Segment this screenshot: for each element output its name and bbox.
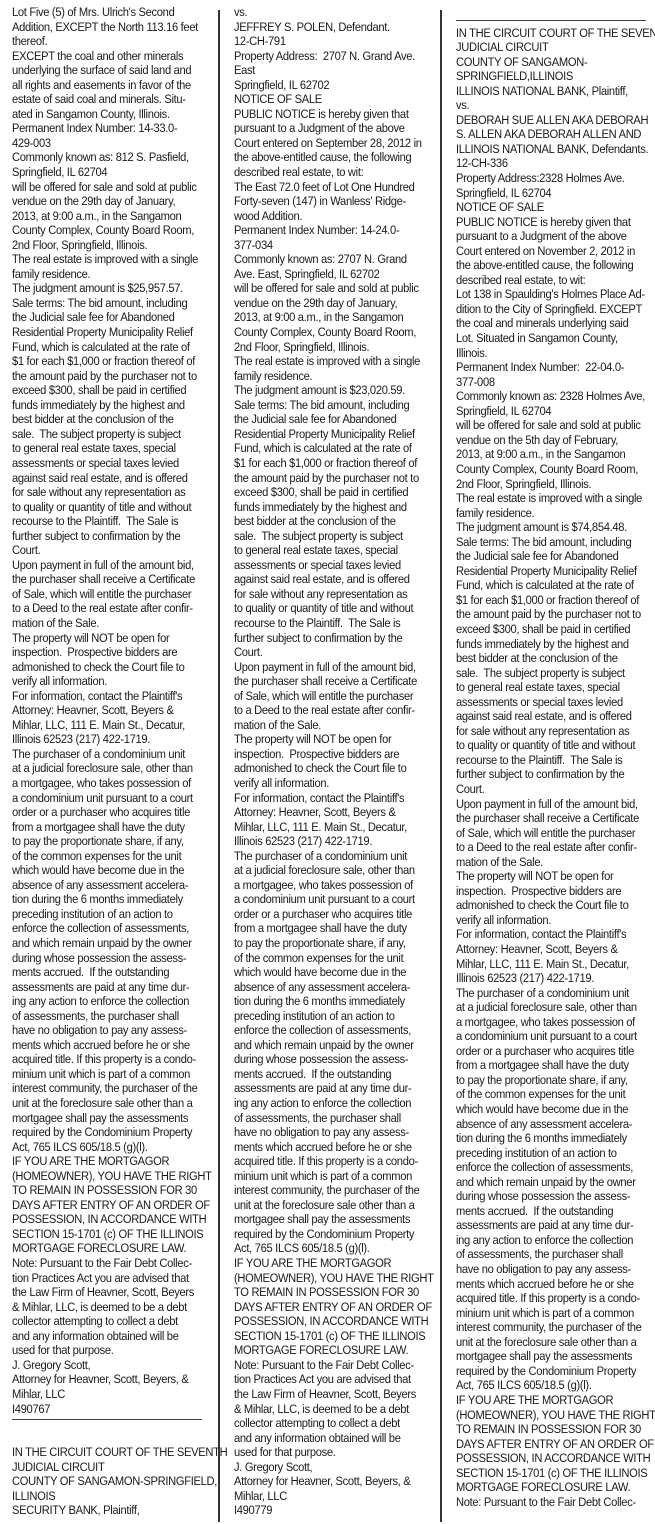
text-line: mation of the Sale. (12, 616, 192, 631)
text-line: during whose possession the assess- (12, 951, 192, 966)
text-line: Residential Property Municipality Relief (12, 325, 192, 340)
text-line: Act, 765 ILCS 605/18.5 (g)(l). (234, 1241, 414, 1256)
text-line: tion during the 6 months immediately (12, 892, 192, 907)
text-line: Upon payment in full of the amount bid, (12, 558, 192, 573)
text-line: recourse to the Plaintiff. The Sale is (12, 514, 192, 529)
text-line: I490767 (12, 1402, 192, 1417)
notice-separator (12, 1419, 202, 1420)
text-line: Fund, which is calculated at the rate of (456, 578, 636, 593)
text-line: mation of the Sale. (234, 718, 414, 733)
text-line: 377-008 (456, 375, 636, 390)
text-line: the purchaser shall receive a Certificat… (456, 811, 636, 826)
text-line: COUNTY OF SANGAMON-SPRINGFIELD, (12, 1474, 192, 1489)
text-line: assessments are paid at any time dur- (234, 1081, 414, 1096)
text-line: admonished to check the Court file to (12, 660, 192, 675)
text-line: used for that purpose. (234, 1445, 414, 1460)
text-line: assessments are paid at any time dur- (12, 980, 192, 995)
text-line: of the common expenses for the unit (234, 951, 414, 966)
text-line: the Law Firm of Heavner, Scott, Beyers (234, 1387, 414, 1402)
text-line: best bidder at the conclusion of the (12, 412, 192, 427)
text-line: against said real estate, and is offered (234, 572, 414, 587)
text-line: County Complex, County Board Room, (234, 325, 414, 340)
text-line: and which remain unpaid by the owner (456, 1175, 636, 1190)
text-line: described real estate, to wit: (234, 165, 414, 180)
text-line: verify all information. (234, 776, 414, 791)
text-line: have no obligation to pay any assess- (12, 1023, 192, 1038)
foreclosure-notice-allen: IN THE CIRCUIT COURT OF THE SEVENTHJUDIC… (456, 26, 655, 1510)
text-line: Illinois 62523 (217) 422-1719. (12, 732, 192, 747)
text-line: The real estate is improved with a singl… (234, 354, 414, 369)
text-line: to quality or quantity of title and with… (12, 500, 192, 515)
text-line: $1 for each $1,000 or fraction thereof o… (456, 593, 636, 608)
text-line: unit at the foreclosure sale other than … (234, 1198, 414, 1213)
text-line: SPRINGFIELD,ILLINOIS (456, 69, 636, 84)
text-line: IF YOU ARE THE MORTGAGOR (456, 1393, 636, 1408)
spacer (12, 1431, 212, 1446)
text-line: Lot. Situated in Sangamon County, (456, 331, 636, 346)
text-line: absence of any assessment accelera- (234, 980, 414, 995)
text-line: which would have become due in the (456, 1102, 636, 1117)
text-line: exceed $300, shall be paid in certified (12, 383, 192, 398)
text-line: J. Gregory Scott, (12, 1358, 192, 1373)
text-line: POSSESSION, IN ACCORDANCE WITH (12, 1212, 192, 1227)
text-line: order or a purchaser who acquires title (234, 907, 414, 922)
text-line: Property Address:2328 Holmes Ave. (456, 171, 636, 186)
text-line: Lot 138 in Spaulding's Holmes Place Ad- (456, 287, 636, 302)
text-line: DAYS AFTER ENTRY OF AN ORDER OF (456, 1437, 636, 1452)
text-line: 377-034 (234, 238, 414, 253)
text-line: of assessments, the purchaser shall (12, 1009, 192, 1024)
text-line: ments accrued. If the outstanding (456, 1204, 636, 1219)
text-line: to general real estate taxes, special (456, 680, 636, 695)
text-line: during whose possession the assess- (234, 1052, 414, 1067)
text-line: The judgment amount is $25,957.57. (12, 281, 192, 296)
text-line: Permanent Index Number: 14-24.0- (234, 223, 414, 238)
text-line: the amount paid by the purchaser not to (456, 607, 636, 622)
text-line: admonished to check the Court file to (234, 761, 414, 776)
text-line: funds immediately by the highest and (12, 398, 192, 413)
text-line: enforce the collection of assessments, (456, 1160, 636, 1175)
text-line: PUBLIC NOTICE is hereby given that (234, 107, 414, 122)
text-line: the amount paid by the purchaser not to (234, 471, 414, 486)
text-line: and any information obtained will be (234, 1431, 414, 1446)
text-line: acquired title. If this property is a co… (234, 1154, 414, 1169)
text-line: the Judicial sale fee for Abandoned (12, 310, 192, 325)
text-line: Sale terms: The bid amount, including (12, 296, 192, 311)
text-line: minium unit which is part of a common (456, 1306, 636, 1321)
text-line: interest community, the purchaser of the (12, 1081, 192, 1096)
text-line: Act, 765 ILCS 605/18.5 (g)(l). (12, 1140, 192, 1155)
text-line: sale. The subject property is subject (12, 427, 192, 442)
text-line: the Judicial sale fee for Abandoned (234, 412, 414, 427)
text-line: have no obligation to pay any assess- (456, 1262, 636, 1277)
text-line: pursuant to a Judgment of the above (234, 121, 414, 136)
text-line: a condominium unit pursuant to a court (234, 892, 414, 907)
text-line: IF YOU ARE THE MORTGAGOR (234, 1256, 414, 1271)
text-line: Mihlar, LLC (234, 1489, 414, 1504)
text-line: from a mortgagee shall have the duty (12, 820, 192, 835)
text-line: TO REMAIN IN POSSESSION FOR 30 (456, 1422, 636, 1437)
text-line: (HOMEOWNER), YOU HAVE THE RIGHT (456, 1408, 636, 1423)
text-line: IN THE CIRCUIT COURT OF THE SEVENTH (12, 1445, 192, 1460)
column-1: Lot Five (5) of Mrs. Ulrich's SecondAddi… (12, 5, 212, 1524)
text-line: Note: Pursuant to the Fair Debt Collec- (12, 1256, 192, 1271)
text-line: to pay the proportionate share, if any, (12, 834, 192, 849)
text-line: County Complex, County Board Room, (12, 223, 192, 238)
text-line: 2013, at 9:00 a.m., in the Sangamon (456, 447, 636, 462)
text-line: Residential Property Municipality Relief (456, 564, 636, 579)
text-line: The property will NOT be open for (456, 869, 636, 884)
text-line: a mortgagee, who takes possession of (234, 878, 414, 893)
text-line: EXCEPT the coal and other minerals (12, 49, 192, 64)
text-line: The real estate is improved with a singl… (456, 491, 636, 506)
text-line: required by the Condominium Property (456, 1364, 636, 1379)
text-line: JUDICIAL CIRCUIT (12, 1460, 192, 1475)
text-line: Court. (234, 645, 414, 660)
text-line: 429-003 (12, 136, 192, 151)
text-line: Ave. East, Springfield, IL 62702 (234, 267, 414, 282)
text-line: Commonly known as: 812 S. Pasfield, (12, 150, 192, 165)
text-line: from a mortgagee shall have the duty (234, 921, 414, 936)
text-line: The property will NOT be open for (12, 631, 192, 646)
text-line: ments which accrued before he or she (12, 1038, 192, 1053)
text-line: Attorney for Heavner, Scott, Beyers, & (234, 1474, 414, 1489)
text-line: to quality or quantity of title and with… (456, 738, 636, 753)
text-line: to pay the proportionate share, if any, (456, 1073, 636, 1088)
text-line: S. ALLEN AKA DEBORAH ALLEN AND (456, 127, 636, 142)
text-line: funds immediately by the highest and (456, 637, 636, 652)
text-line: Springfield, IL 62704 (456, 186, 636, 201)
text-line: vendue on the 29th day of January, (234, 296, 414, 311)
text-line: SECURITY BANK, Plaintiff, (12, 1503, 192, 1518)
text-line: the above-entitled cause, the following (234, 150, 414, 165)
text-line: assessments or special taxes levied (456, 695, 636, 710)
text-line: Springfield, IL 62704 (12, 165, 192, 180)
text-line: preceding institution of an action to (234, 1009, 414, 1024)
text-line: ILLINOIS NATIONAL BANK, Plaintiff, (456, 84, 636, 99)
text-line: for sale without any representation as (12, 485, 192, 500)
text-line: of Sale, which will entitle the purchase… (234, 689, 414, 704)
text-line: vs. (456, 98, 636, 113)
text-line: exceed $300, shall be paid in certified (456, 622, 636, 637)
text-line: tion Practices Act you are advised that (234, 1372, 414, 1387)
text-line: vendue on the 29th day of January, (12, 194, 192, 209)
text-line: estate of said coal and minerals. Situ- (12, 92, 192, 107)
text-line: all rights and easements in favor of the (12, 78, 192, 93)
text-line: to pay the proportionate share, if any, (234, 936, 414, 951)
text-line: unit at the foreclosure sale other than … (456, 1335, 636, 1350)
text-line: & Mihlar, LLC, is deemed to be a debt (234, 1402, 414, 1417)
text-line: have no obligation to pay any assess- (234, 1125, 414, 1140)
text-line: used for that purpose. (12, 1343, 192, 1358)
text-line: J. Gregory Scott, (234, 1460, 414, 1475)
text-line: dition to the City of Springfield. EXCEP… (456, 302, 636, 317)
text-line: best bidder at the conclusion of the (456, 651, 636, 666)
text-line: Upon payment in full of the amount bid, (234, 660, 414, 675)
text-line: JEFFREY S. POLEN, Defendant. (234, 20, 414, 35)
text-line: a condominium unit pursuant to a court (456, 1029, 636, 1044)
text-line: further subject to confirmation by the (456, 767, 636, 782)
text-line: 2nd Floor, Springfield, Illinois. (12, 238, 192, 253)
text-line: ated in Sangamon County, Illinois. (12, 107, 192, 122)
text-line: order or a purchaser who acquires title (456, 1044, 636, 1059)
text-line: collector attempting to collect a debt (234, 1416, 414, 1431)
text-line: DEBORAH SUE ALLEN AKA DEBORAH (456, 113, 636, 128)
text-line: Addition, EXCEPT the North 113.16 feet (12, 20, 192, 35)
text-line: thereof. (12, 34, 192, 49)
text-line: DAYS AFTER ENTRY OF AN ORDER OF (12, 1198, 192, 1213)
text-line: the purchaser shall receive a Certificat… (234, 674, 414, 689)
text-line: absence of any assessment accelera- (456, 1117, 636, 1132)
text-line: pursuant to a Judgment of the above (456, 229, 636, 244)
text-line: The purchaser of a condominium unit (12, 747, 192, 762)
text-line: Note: Pursuant to the Fair Debt Collec- (456, 1495, 636, 1510)
text-line: wood Addition. (234, 209, 414, 224)
text-line: Mihlar, LLC (12, 1387, 192, 1402)
spacer (456, 5, 655, 20)
text-line: verify all information. (12, 674, 192, 689)
text-line: verify all information. (456, 913, 636, 928)
text-line: exceed $300, shall be paid in certified (234, 485, 414, 500)
text-line: against said real estate, and is offered (12, 471, 192, 486)
text-line: I490779 (234, 1503, 414, 1518)
text-line: a mortgagee, who takes possession of (12, 776, 192, 791)
text-line: the amount paid by the purchaser not to (12, 369, 192, 384)
text-line: required by the Condominium Property (234, 1227, 414, 1242)
text-line: of assessments, the purchaser shall (456, 1247, 636, 1262)
text-line: For information, contact the Plaintiff's (234, 791, 414, 806)
text-line: recourse to the Plaintiff. The Sale is (234, 616, 414, 631)
text-line: inspection. Prospective bidders are (12, 645, 192, 660)
text-line: TO REMAIN IN POSSESSION FOR 30 (234, 1285, 414, 1300)
text-line: will be offered for sale and sold at pub… (456, 418, 636, 433)
text-line: family residence. (234, 369, 414, 384)
text-line: tion during the 6 months immediately (234, 994, 414, 1009)
text-line: best bidder at the conclusion of the (234, 514, 414, 529)
text-line: will be offered for sale and sold at pub… (234, 281, 414, 296)
text-line: The real estate is improved with a singl… (12, 252, 192, 267)
text-line: the Law Firm of Heavner, Scott, Beyers (12, 1285, 192, 1300)
text-line: enforce the collection of assessments, (234, 1023, 414, 1038)
text-line: & Mihlar, LLC, is deemed to be a debt (12, 1300, 192, 1315)
text-line: ments accrued. If the outstanding (12, 965, 192, 980)
text-line: against said real estate, and is offered (456, 709, 636, 724)
text-line: Upon payment in full of the amount bid, (456, 797, 636, 812)
text-line: mortgagee shall pay the assessments (456, 1349, 636, 1364)
text-line: family residence. (12, 267, 192, 282)
text-line: to general real estate taxes, special (234, 543, 414, 558)
text-line: Attorney for Heavner, Scott, Beyers, & (12, 1372, 192, 1387)
text-line: 2nd Floor, Springfield, Illinois. (234, 340, 414, 355)
text-line: Mihlar, LLC, 111 E. Main St., Decatur, (234, 820, 414, 835)
text-line: Commonly known as: 2328 Holmes Ave, (456, 389, 636, 404)
text-line: recourse to the Plaintiff. The Sale is (456, 753, 636, 768)
text-line: DAYS AFTER ENTRY OF AN ORDER OF (234, 1300, 414, 1315)
text-line: ing any action to enforce the collection (234, 1096, 414, 1111)
text-line: MORTGAGE FORECLOSURE LAW. (234, 1343, 414, 1358)
text-line: which would have become due in the (234, 965, 414, 980)
text-line: sale. The subject property is subject (456, 666, 636, 681)
text-line: Permanent Index Number: 14-33.0- (12, 121, 192, 136)
text-line: from a mortgagee shall have the duty (456, 1058, 636, 1073)
text-line: The East 72.0 feet of Lot One Hundred (234, 180, 414, 195)
text-line: Attorney: Heavner, Scott, Beyers & (12, 703, 192, 718)
text-line: Property Address: 2707 N. Grand Ave. (234, 49, 414, 64)
text-line: ing any action to enforce the collection (456, 1233, 636, 1248)
text-line: SECTION 15-1701 (c) OF THE ILLINOIS (12, 1227, 192, 1242)
text-line: Court. (456, 782, 636, 797)
text-line: ments which accrued before he or she (456, 1277, 636, 1292)
text-line: PUBLIC NOTICE is hereby given that (456, 215, 636, 230)
text-line: Forty-seven (147) in Wanless' Ridge- (234, 194, 414, 209)
text-line: for sale without any representation as (234, 587, 414, 602)
text-line: admonished to check the Court file to (456, 898, 636, 913)
text-line: sale. The subject property is subject (234, 529, 414, 544)
text-line: The purchaser of a condominium unit (234, 849, 414, 864)
text-line: a condominium unit pursuant to a court (12, 791, 192, 806)
text-line: of the common expenses for the unit (12, 849, 192, 864)
text-line: ments which accrued before he or she (234, 1140, 414, 1155)
text-line: Act, 765 ILCS 605/18.5 (g)(l). (456, 1378, 636, 1393)
legal-notices-page: Lot Five (5) of Mrs. Ulrich's SecondAddi… (0, 0, 655, 1524)
text-line: Attorney: Heavner, Scott, Beyers & (234, 805, 414, 820)
text-line: to quality or quantity of title and with… (234, 601, 414, 616)
text-line: MORTGAGE FORECLOSURE LAW. (456, 1480, 636, 1495)
text-line: interest community, the purchaser of the (456, 1320, 636, 1335)
text-line: ILLINOIS NATIONAL BANK, Defendants. (456, 142, 636, 157)
text-line: POSSESSION, IN ACCORDANCE WITH (456, 1451, 636, 1466)
text-line: collector attempting to collect a debt (12, 1314, 192, 1329)
foreclosure-notice-continuation: Lot Five (5) of Mrs. Ulrich's SecondAddi… (12, 5, 212, 1416)
text-line: County Complex, County Board Room, (456, 462, 636, 477)
text-line: assessments or special taxes levied (234, 558, 414, 573)
text-line: TO REMAIN IN POSSESSION FOR 30 (12, 1183, 192, 1198)
text-line: Springfield, IL 62702 (234, 78, 414, 93)
text-line: NOTICE OF SALE (456, 200, 636, 215)
text-line: underlying the surface of said land and (12, 63, 192, 78)
text-line: Lot Five (5) of Mrs. Ulrich's Second (12, 5, 192, 20)
text-line: 12-CH-791 (234, 34, 414, 49)
text-line: unit at the foreclosure sale other than … (12, 1096, 192, 1111)
text-line: which would have become due in the (12, 863, 192, 878)
text-line: ing any action to enforce the collection (12, 994, 192, 1009)
text-line: For information, contact the Plaintiff's (12, 689, 192, 704)
text-line: Sale terms: The bid amount, including (456, 535, 636, 550)
text-line: further subject to confirmation by the (234, 631, 414, 646)
text-line: at a judicial foreclosure sale, other th… (456, 1000, 636, 1015)
text-line: 2013, at 9:00 a.m., in the Sangamon (12, 209, 192, 224)
text-line: acquired title. If this property is a co… (456, 1291, 636, 1306)
text-line: 2nd Floor, Springfield, Illinois. (456, 477, 636, 492)
text-line: the Judicial sale fee for Abandoned (456, 549, 636, 564)
text-line: minium unit which is part of a common (234, 1169, 414, 1184)
text-line: for sale without any representation as (456, 724, 636, 739)
text-line: $1 for each $1,000 or fraction thereof o… (234, 456, 414, 471)
text-line: Sale terms: The bid amount, including (234, 398, 414, 413)
text-line: NOTICE OF SALE (234, 92, 414, 107)
text-line: to general real estate taxes, special (12, 441, 192, 456)
text-line: the coal and minerals underlying said (456, 316, 636, 331)
text-line: of Sale, which will entitle the purchase… (12, 587, 192, 602)
text-line: IN THE CIRCUIT COURT OF THE SEVENTH (456, 26, 636, 41)
text-line: at a judicial foreclosure sale, other th… (234, 863, 414, 878)
text-line: Springfield, IL 62704 (456, 404, 636, 419)
text-line: and which remain unpaid by the owner (12, 936, 192, 951)
text-line: vendue on the 5th day of February, (456, 433, 636, 448)
text-line: interest community, the purchaser of the (234, 1183, 414, 1198)
text-line: $1 for each $1,000 or fraction thereof o… (12, 354, 192, 369)
text-line: tion Practices Act you are advised that (12, 1271, 192, 1286)
foreclosure-notice-security-bank: IN THE CIRCUIT COURT OF THE SEVENTHJUDIC… (12, 1445, 212, 1518)
text-line: JUDICIAL CIRCUIT (456, 40, 636, 55)
text-line: The property will NOT be open for (234, 732, 414, 747)
text-line: MORTGAGE FORECLOSURE LAW. (12, 1241, 192, 1256)
text-line: Illinois 62523 (217) 422-1719. (234, 834, 414, 849)
text-line: Court entered on September 28, 2012 in (234, 136, 414, 151)
text-line: ILLINOIS (12, 1489, 192, 1504)
text-line: mation of the Sale. (456, 855, 636, 870)
text-line: absence of any assessment accelera- (12, 878, 192, 893)
text-line: assessments are paid at any time dur- (456, 1218, 636, 1233)
text-line: Residential Property Municipality Relief (234, 427, 414, 442)
text-line: at a judicial foreclosure sale, other th… (12, 761, 192, 776)
text-line: during whose possession the assess- (456, 1189, 636, 1204)
text-line: inspection. Prospective bidders are (456, 884, 636, 899)
text-line: mortgagee shall pay the assessments (234, 1212, 414, 1227)
text-line: and which remain unpaid by the owner (234, 1038, 414, 1053)
text-line: order or a purchaser who acquires title (12, 805, 192, 820)
text-line: Illinois. (456, 346, 636, 361)
column-3: IN THE CIRCUIT COURT OF THE SEVENTHJUDIC… (456, 5, 655, 1524)
text-line: The judgment amount is $23,020.59. (234, 383, 414, 398)
text-line: The judgment amount is $74,854.48. (456, 520, 636, 535)
text-line: Note: Pursuant to the Fair Debt Collec- (234, 1358, 414, 1373)
text-line: Commonly known as: 2707 N. Grand (234, 252, 414, 267)
text-line: COUNTY OF SANGAMON- (456, 55, 636, 70)
text-line: Court. (12, 543, 192, 558)
text-line: funds immediately by the highest and (234, 500, 414, 515)
column-divider (218, 10, 220, 1522)
text-line: Attorney: Heavner, Scott, Beyers & (456, 942, 636, 957)
text-line: Illinois 62523 (217) 422-1719. (456, 971, 636, 986)
text-line: further subject to confirmation by the (12, 529, 192, 544)
text-line: SECTION 15-1701 (c) OF THE ILLINOIS (234, 1329, 414, 1344)
text-line: Mihlar, LLC, 111 E. Main St., Decatur, (12, 718, 192, 733)
text-line: East (234, 63, 414, 78)
text-line: Permanent Index Number: 22-04.0- (456, 360, 636, 375)
text-line: described real estate, to wit: (456, 273, 636, 288)
text-line: ments accrued. If the outstanding (234, 1067, 414, 1082)
text-line: required by the Condominium Property (12, 1125, 192, 1140)
text-line: Fund, which is calculated at the rate of (234, 441, 414, 456)
text-line: tion during the 6 months immediately (456, 1131, 636, 1146)
text-line: assessments or special taxes levied (12, 456, 192, 471)
text-line: to a Deed to the real estate after confi… (234, 703, 414, 718)
text-line: mortgagee shall pay the assessments (12, 1111, 192, 1126)
text-line: The purchaser of a condominium unit (456, 986, 636, 1001)
text-line: (HOMEOWNER), YOU HAVE THE RIGHT (12, 1169, 192, 1184)
text-line: will be offered for sale and sold at pub… (12, 180, 192, 195)
text-line: of assessments, the purchaser shall (234, 1111, 414, 1126)
text-line: SECTION 15-1701 (c) OF THE ILLINOIS (456, 1466, 636, 1481)
column-divider (440, 10, 442, 1522)
text-line: IF YOU ARE THE MORTGAGOR (12, 1154, 192, 1169)
text-line: to a Deed to the real estate after confi… (12, 601, 192, 616)
text-line: minium unit which is part of a common (12, 1067, 192, 1082)
text-line: to a Deed to the real estate after confi… (456, 840, 636, 855)
text-line: the purchaser shall receive a Certificat… (12, 572, 192, 587)
text-line: inspection. Prospective bidders are (234, 747, 414, 762)
